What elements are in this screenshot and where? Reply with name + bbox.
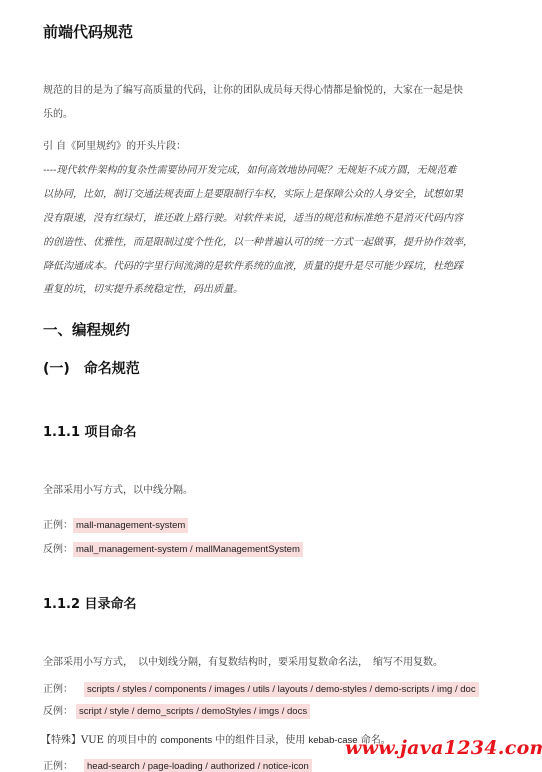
document-page: 前端代码规范 规范的目的是为了编写高质量的代码，让你的团队成员每天得心情都是愉悦…: [0, 0, 542, 772]
positive-label: 正例：: [43, 520, 73, 531]
quote-line: 重复的坑，切实提升系统稳定性，码出质量。: [43, 280, 243, 295]
item-heading-project-naming: 1.1.1 项目命名: [43, 421, 137, 440]
negative-code: mall_management-system / mallManagementS…: [73, 542, 303, 557]
special-code-components: components: [160, 735, 212, 746]
special-prefix: 【特殊】VUE 的项目中的: [41, 735, 157, 746]
directory-naming-description: 全部采用小写方式， 以中划线分隔，有复数结构时，要采用复数命名法， 缩写不用复数…: [43, 653, 443, 668]
quote-line: ----现代软件架构的复杂性需要协同开发完成，如何高效地协同呢？无规矩不成方圆，…: [43, 161, 457, 176]
quote-line: 没有限速，没有红绿灯，谁还敢上路行驶。对软件来说，适当的规范和标准绝不是消灭代码…: [43, 209, 463, 224]
item-heading-directory-naming: 1.1.2 目录命名: [43, 593, 137, 612]
negative-label: 反例：: [43, 702, 76, 717]
intro-line-2: 乐的。: [43, 105, 73, 120]
positive-label: 正例：: [43, 757, 84, 772]
directory-positive-example: 正例：scripts / styles / components / image…: [43, 677, 479, 696]
positive-label: 正例：: [43, 680, 84, 695]
intro-line-1: 规范的目的是为了编写高质量的代码，让你的团队成员每天得心情都是愉悦的，大家在一起…: [43, 81, 463, 96]
positive-code: mall-management-system: [73, 518, 188, 533]
negative-label: 反例：: [43, 544, 73, 555]
project-positive-example: 正例：mall-management-system: [43, 513, 188, 532]
negative-code: script / style / demo_scripts / demoStyl…: [76, 704, 310, 719]
project-negative-example: 反例：mall_management-system / mallManageme…: [43, 537, 303, 556]
directory-negative-example: 反例：script / style / demo_scripts / demoS…: [43, 699, 310, 718]
quote-line: 的创造性、优雅性，而是限制过度个性化，以一种普遍认可的统一方式一起做事，提升协作…: [43, 233, 473, 248]
positive-code: head-search / page-loading / authorized …: [84, 759, 312, 772]
positive-code: scripts / styles / components / images /…: [84, 682, 479, 697]
vue-positive-example: 正例：head-search / page-loading / authoriz…: [43, 754, 312, 772]
quote-line: 以协同，比如，制订交通法规表面上是要限制行车权，实际上是保障公众的人身安全，试想…: [43, 185, 463, 200]
section-heading-coding-conventions: 一、编程规约: [43, 319, 130, 340]
project-naming-description: 全部采用小写方式，以中线分隔。: [43, 481, 193, 496]
page-title: 前端代码规范: [43, 21, 133, 42]
quote-line: 降低沟通成本。代码的字里行间流淌的是软件系统的血液，质量的提升是尽可能少踩坑，杜…: [43, 257, 463, 272]
quote-intro: 引 自《阿里规约》的开头片段：: [43, 137, 186, 152]
special-middle: 中的组件目录，使用: [215, 735, 305, 746]
watermark: www.java1234.com: [345, 737, 542, 759]
vue-special-note: 【特殊】VUE 的项目中的 components 中的组件目录，使用 kebab…: [41, 731, 391, 746]
subsection-heading-naming: (一) 命名规范: [43, 358, 140, 378]
